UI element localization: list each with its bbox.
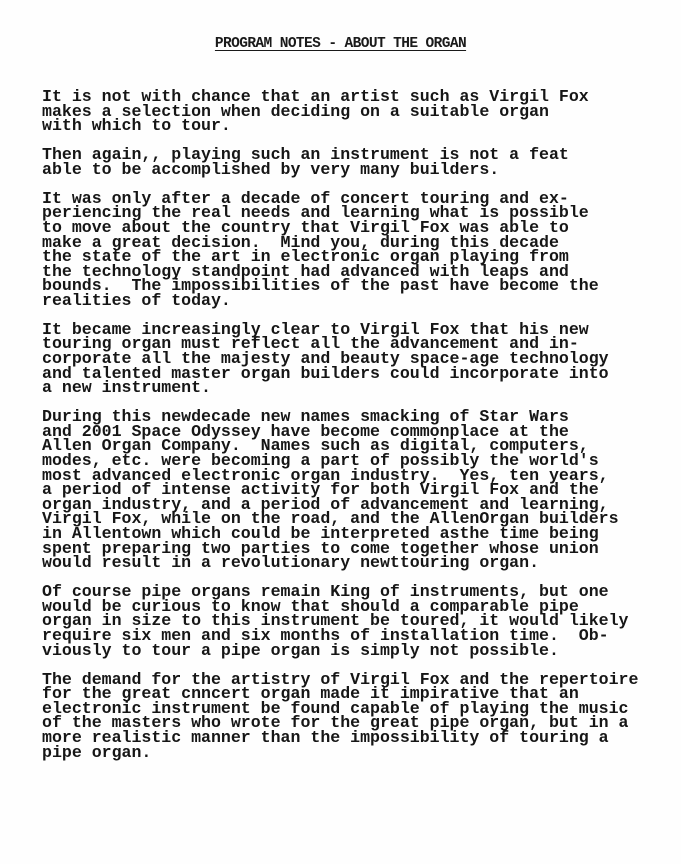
- paragraph: The demand for the artistry of Virgil Fo…: [42, 673, 665, 761]
- text-line: with which to tour.: [42, 119, 665, 134]
- document-body: It is not with chance that an artist suc…: [42, 90, 665, 774]
- paragraph: During this newdecade new names smacking…: [42, 410, 665, 571]
- paragraph: Then again,, playing such an instrument …: [42, 148, 665, 177]
- paragraph: It is not with chance that an artist suc…: [42, 90, 665, 134]
- text-line: would result in a revolutionary newttour…: [42, 556, 665, 571]
- paragraph: It became increasingly clear to Virgil F…: [42, 323, 665, 396]
- text-line: able to be accomplished by very many bui…: [42, 163, 665, 178]
- document-title-text: PROGRAM NOTES - ABOUT THE ORGAN: [215, 36, 466, 52]
- document-title: PROGRAM NOTES - ABOUT THE ORGAN: [0, 36, 681, 52]
- paragraph: It was only after a decade of concert to…: [42, 192, 665, 309]
- text-line: realities of today.: [42, 294, 665, 309]
- text-line: pipe organ.: [42, 746, 665, 761]
- text-line: viously to tour a pipe organ is simply n…: [42, 644, 665, 659]
- paragraph: Of course pipe organs remain King of ins…: [42, 585, 665, 658]
- typed-document-page: PROGRAM NOTES - ABOUT THE ORGAN It is no…: [0, 0, 681, 864]
- text-line: a new instrument.: [42, 381, 665, 396]
